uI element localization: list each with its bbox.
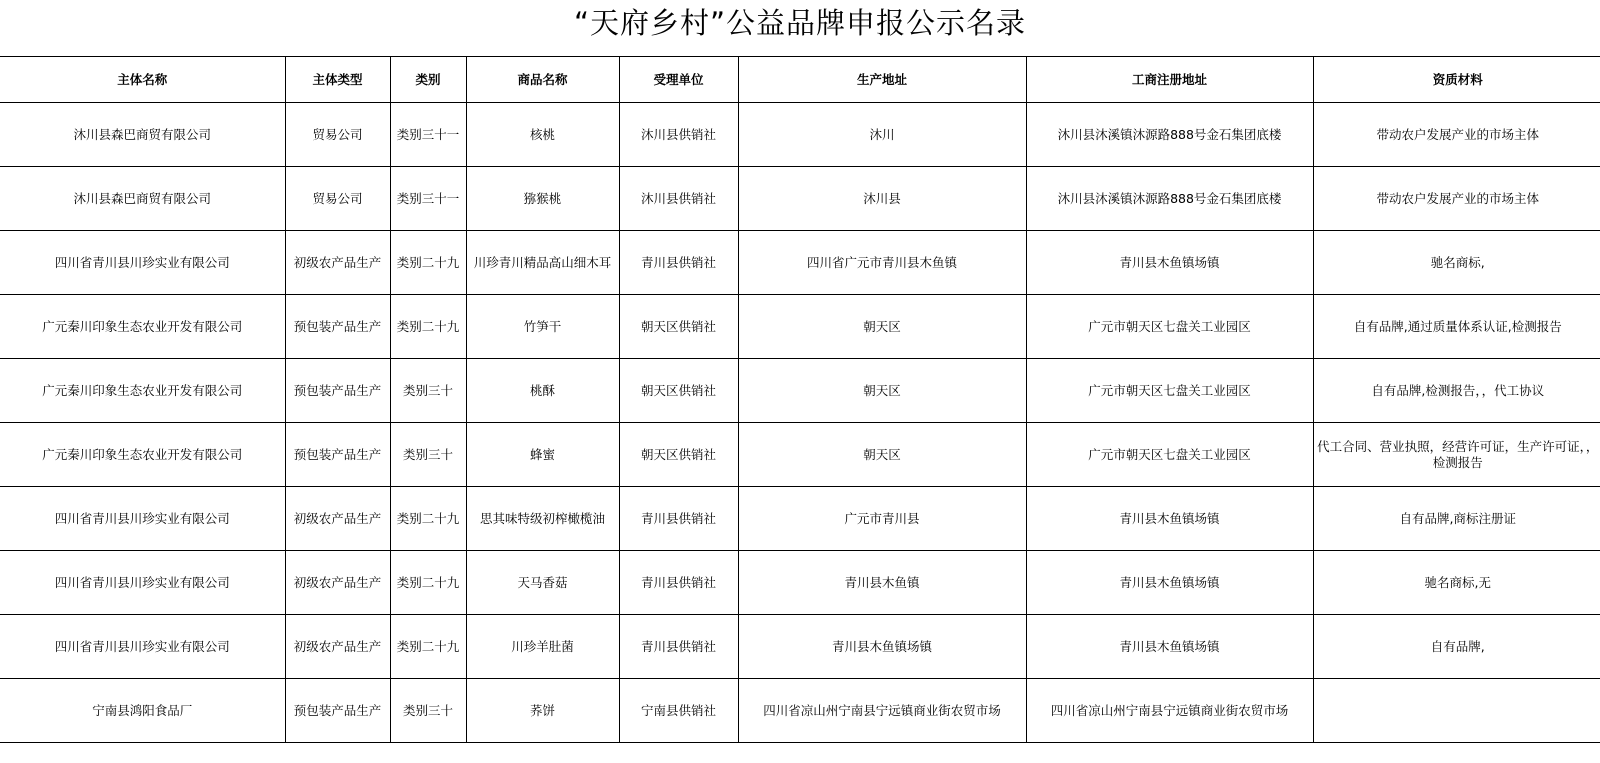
cell-category: 类别三十 — [390, 359, 466, 423]
table-header-row: 主体名称 主体类型 类别 商品名称 受理单位 生产地址 工商注册地址 资质材料 — [0, 57, 1600, 103]
column-header-product-name: 商品名称 — [466, 57, 619, 103]
cell-accepting-unit: 青川县供销社 — [619, 615, 738, 679]
cell-accepting-unit: 朝天区供销社 — [619, 423, 738, 487]
cell-entity-type: 初级农产品生产 — [285, 231, 390, 295]
cell-qualification: 驰名商标,无 — [1313, 551, 1600, 615]
cell-registered-address: 青川县木鱼镇场镇 — [1026, 231, 1313, 295]
cell-entity-name: 四川省青川县川珍实业有限公司 — [0, 231, 285, 295]
page-title: “天府乡村”公益品牌申报公示名录 — [0, 0, 1600, 56]
cell-production-address: 朝天区 — [738, 423, 1026, 487]
cell-product-name: 竹笋干 — [466, 295, 619, 359]
cell-product-name: 川珍羊肚菌 — [466, 615, 619, 679]
cell-production-address: 四川省凉山州宁南县宁远镇商业街农贸市场 — [738, 679, 1026, 743]
cell-category: 类别二十九 — [390, 231, 466, 295]
cell-product-name: 猕猴桃 — [466, 167, 619, 231]
cell-production-address: 广元市青川县 — [738, 487, 1026, 551]
cell-entity-type: 预包装产品生产 — [285, 359, 390, 423]
cell-qualification: 自有品牌,商标注册证 — [1313, 487, 1600, 551]
cell-production-address: 青川县木鱼镇场镇 — [738, 615, 1026, 679]
cell-registered-address: 广元市朝天区七盘关工业园区 — [1026, 295, 1313, 359]
cell-production-address: 沐川 — [738, 103, 1026, 167]
table-row: 沐川县森巴商贸有限公司 贸易公司 类别三十一 猕猴桃 沐川县供销社 沐川县 沐川… — [0, 167, 1600, 231]
cell-registered-address: 青川县木鱼镇场镇 — [1026, 487, 1313, 551]
cell-qualification: 带动农户发展产业的市场主体 — [1313, 103, 1600, 167]
cell-accepting-unit: 青川县供销社 — [619, 551, 738, 615]
cell-registered-address: 青川县木鱼镇场镇 — [1026, 551, 1313, 615]
table-row: 广元秦川印象生态农业开发有限公司 预包装产品生产 类别二十九 竹笋干 朝天区供销… — [0, 295, 1600, 359]
table-row: 四川省青川县川珍实业有限公司 初级农产品生产 类别二十九 川珍青川精品高山细木耳… — [0, 231, 1600, 295]
column-header-entity-name: 主体名称 — [0, 57, 285, 103]
cell-entity-type: 贸易公司 — [285, 167, 390, 231]
cell-production-address: 沐川县 — [738, 167, 1026, 231]
cell-entity-name: 沐川县森巴商贸有限公司 — [0, 167, 285, 231]
cell-registered-address: 沐川县沐溪镇沐源路888号金石集团底楼 — [1026, 103, 1313, 167]
cell-production-address: 四川省广元市青川县木鱼镇 — [738, 231, 1026, 295]
cell-qualification: 带动农户发展产业的市场主体 — [1313, 167, 1600, 231]
cell-registered-address: 广元市朝天区七盘关工业园区 — [1026, 423, 1313, 487]
cell-entity-name: 沐川县森巴商贸有限公司 — [0, 103, 285, 167]
table-row: 宁南县鸿阳食品厂 预包装产品生产 类别三十 荞饼 宁南县供销社 四川省凉山州宁南… — [0, 679, 1600, 743]
cell-qualification: 自有品牌,检测报告，，代工协议 — [1313, 359, 1600, 423]
cell-category: 类别二十九 — [390, 295, 466, 359]
cell-entity-name: 四川省青川县川珍实业有限公司 — [0, 615, 285, 679]
column-header-category: 类别 — [390, 57, 466, 103]
cell-product-name: 川珍青川精品高山细木耳 — [466, 231, 619, 295]
cell-accepting-unit: 宁南县供销社 — [619, 679, 738, 743]
cell-accepting-unit: 沐川县供销社 — [619, 167, 738, 231]
cell-registered-address: 四川省凉山州宁南县宁远镇商业街农贸市场 — [1026, 679, 1313, 743]
cell-qualification: 自有品牌, — [1313, 615, 1600, 679]
cell-entity-name: 广元秦川印象生态农业开发有限公司 — [0, 359, 285, 423]
cell-entity-type: 预包装产品生产 — [285, 679, 390, 743]
table-row: 四川省青川县川珍实业有限公司 初级农产品生产 类别二十九 川珍羊肚菌 青川县供销… — [0, 615, 1600, 679]
cell-production-address: 青川县木鱼镇 — [738, 551, 1026, 615]
cell-entity-type: 贸易公司 — [285, 103, 390, 167]
cell-entity-name: 四川省青川县川珍实业有限公司 — [0, 487, 285, 551]
cell-registered-address: 广元市朝天区七盘关工业园区 — [1026, 359, 1313, 423]
cell-qualification: 自有品牌,通过质量体系认证,检测报告 — [1313, 295, 1600, 359]
table-row: 四川省青川县川珍实业有限公司 初级农产品生产 类别二十九 思其味特级初榨橄榄油 … — [0, 487, 1600, 551]
cell-entity-type: 初级农产品生产 — [285, 487, 390, 551]
cell-product-name: 思其味特级初榨橄榄油 — [466, 487, 619, 551]
cell-entity-type: 预包装产品生产 — [285, 423, 390, 487]
cell-product-name: 蜂蜜 — [466, 423, 619, 487]
table-row: 广元秦川印象生态农业开发有限公司 预包装产品生产 类别三十 桃酥 朝天区供销社 … — [0, 359, 1600, 423]
cell-product-name: 天马香菇 — [466, 551, 619, 615]
cell-accepting-unit: 朝天区供销社 — [619, 295, 738, 359]
cell-entity-type: 初级农产品生产 — [285, 551, 390, 615]
table-row: 沐川县森巴商贸有限公司 贸易公司 类别三十一 核桃 沐川县供销社 沐川 沐川县沐… — [0, 103, 1600, 167]
column-header-registered-address: 工商注册地址 — [1026, 57, 1313, 103]
cell-entity-name: 宁南县鸿阳食品厂 — [0, 679, 285, 743]
cell-registered-address: 沐川县沐溪镇沐源路888号金石集团底楼 — [1026, 167, 1313, 231]
cell-entity-name: 广元秦川印象生态农业开发有限公司 — [0, 423, 285, 487]
cell-category: 类别二十九 — [390, 551, 466, 615]
cell-category: 类别三十一 — [390, 103, 466, 167]
table-row: 广元秦川印象生态农业开发有限公司 预包装产品生产 类别三十 蜂蜜 朝天区供销社 … — [0, 423, 1600, 487]
cell-entity-name: 四川省青川县川珍实业有限公司 — [0, 551, 285, 615]
cell-qualification — [1313, 679, 1600, 743]
cell-product-name: 桃酥 — [466, 359, 619, 423]
brand-list-table: 主体名称 主体类型 类别 商品名称 受理单位 生产地址 工商注册地址 资质材料 … — [0, 56, 1600, 743]
table-row: 四川省青川县川珍实业有限公司 初级农产品生产 类别二十九 天马香菇 青川县供销社… — [0, 551, 1600, 615]
cell-qualification: 代工合同、营业执照，经营许可证，生产许可证，，检测报告 — [1313, 423, 1600, 487]
cell-entity-type: 初级农产品生产 — [285, 615, 390, 679]
cell-production-address: 朝天区 — [738, 295, 1026, 359]
cell-accepting-unit: 朝天区供销社 — [619, 359, 738, 423]
cell-category: 类别三十 — [390, 679, 466, 743]
column-header-production-address: 生产地址 — [738, 57, 1026, 103]
cell-accepting-unit: 青川县供销社 — [619, 487, 738, 551]
cell-accepting-unit: 青川县供销社 — [619, 231, 738, 295]
column-header-accepting-unit: 受理单位 — [619, 57, 738, 103]
column-header-qualification: 资质材料 — [1313, 57, 1600, 103]
cell-product-name: 核桃 — [466, 103, 619, 167]
cell-production-address: 朝天区 — [738, 359, 1026, 423]
cell-entity-type: 预包装产品生产 — [285, 295, 390, 359]
cell-category: 类别三十 — [390, 423, 466, 487]
cell-entity-name: 广元秦川印象生态农业开发有限公司 — [0, 295, 285, 359]
column-header-entity-type: 主体类型 — [285, 57, 390, 103]
cell-category: 类别三十一 — [390, 167, 466, 231]
cell-category: 类别二十九 — [390, 487, 466, 551]
cell-accepting-unit: 沐川县供销社 — [619, 103, 738, 167]
cell-category: 类别二十九 — [390, 615, 466, 679]
cell-product-name: 荞饼 — [466, 679, 619, 743]
cell-registered-address: 青川县木鱼镇场镇 — [1026, 615, 1313, 679]
cell-qualification: 驰名商标, — [1313, 231, 1600, 295]
